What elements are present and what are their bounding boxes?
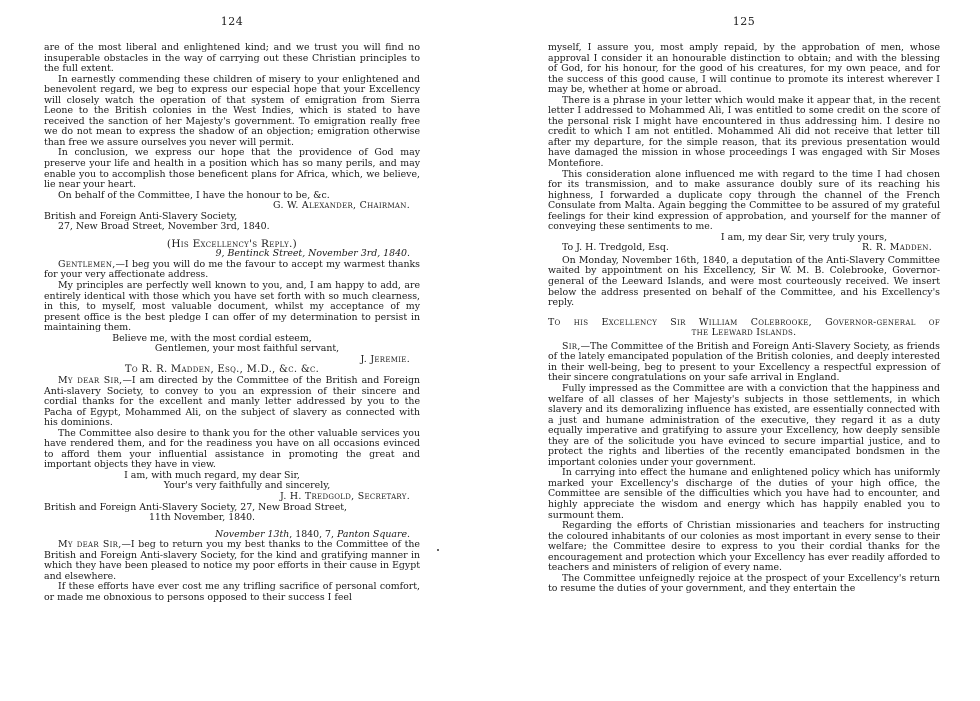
- page-number: 125: [548, 15, 940, 28]
- signature: R. R. Madden.: [862, 243, 932, 254]
- paragraph: This consideration alone influenced me w…: [548, 170, 940, 233]
- paragraph: Regarding the efforts of Christian missi…: [548, 521, 940, 574]
- paragraph: are of the most liberal and enlightened …: [44, 43, 420, 75]
- page-number: 124: [44, 15, 420, 28]
- paragraph: My dear Sir,—I beg to return you my best…: [44, 540, 420, 582]
- address-line: 27, New Broad Street, November 3rd, 1840…: [44, 222, 420, 233]
- dateline-text: 9, Bentinck Street, November 3rd, 1840.: [216, 248, 410, 259]
- page-body: are of the most liberal and enlightened …: [44, 43, 420, 603]
- print-speck: [437, 549, 439, 551]
- salutation: Sir,: [562, 341, 581, 352]
- paragraph: The Committee also desire to thank you f…: [44, 429, 420, 471]
- section-heading: the Leeward Islands.: [548, 328, 940, 339]
- addressee: To J. H. Tredgold, Esq.: [562, 243, 669, 254]
- paragraph: My dear Sir,—I am directed by the Commit…: [44, 376, 420, 429]
- paragraph: Fully impressed as the Committee are wit…: [548, 384, 940, 468]
- salutation: Gentlemen,: [58, 259, 116, 270]
- paragraph: In conclusion, we express our hope that …: [44, 148, 420, 190]
- page-body: myself, I assure you, most amply repaid,…: [548, 43, 940, 595]
- paragraph-text: —The Committee of the British and Foreig…: [548, 341, 940, 384]
- dateline-place: Panton Square.: [337, 529, 410, 540]
- paragraph: Gentlemen,—I beg you will do me the favo…: [44, 260, 420, 281]
- paragraph: There is a phrase in your letter which w…: [548, 96, 940, 170]
- dateline-mid: , 1840, 7,: [289, 529, 337, 540]
- paragraph: Sir,—The Committee of the British and Fo…: [548, 342, 940, 384]
- paragraph: If these efforts have ever cost me any t…: [44, 582, 420, 603]
- salutation: My dear Sir,: [58, 375, 122, 386]
- dateline-date: November 13th: [215, 529, 289, 540]
- paragraph: In earnestly commending these children o…: [44, 75, 420, 149]
- paragraph: In carrying into effect the humane and e…: [548, 468, 940, 521]
- paragraph: On Monday, November 16th, 1840, a deputa…: [548, 256, 940, 309]
- signature-row: To J. H. Tredgold, Esq. R. R. Madden.: [548, 243, 940, 254]
- signature: J. H. Tredgold, Secretary.: [44, 492, 420, 503]
- paragraph: The Committee unfeignedly rejoice at the…: [548, 574, 940, 595]
- address-line: 11th November, 1840.: [44, 513, 420, 524]
- paragraph: My principles are perfectly well known t…: [44, 281, 420, 334]
- paragraph: myself, I assure you, most amply repaid,…: [548, 43, 940, 96]
- salutation: My dear Sir,: [58, 539, 122, 550]
